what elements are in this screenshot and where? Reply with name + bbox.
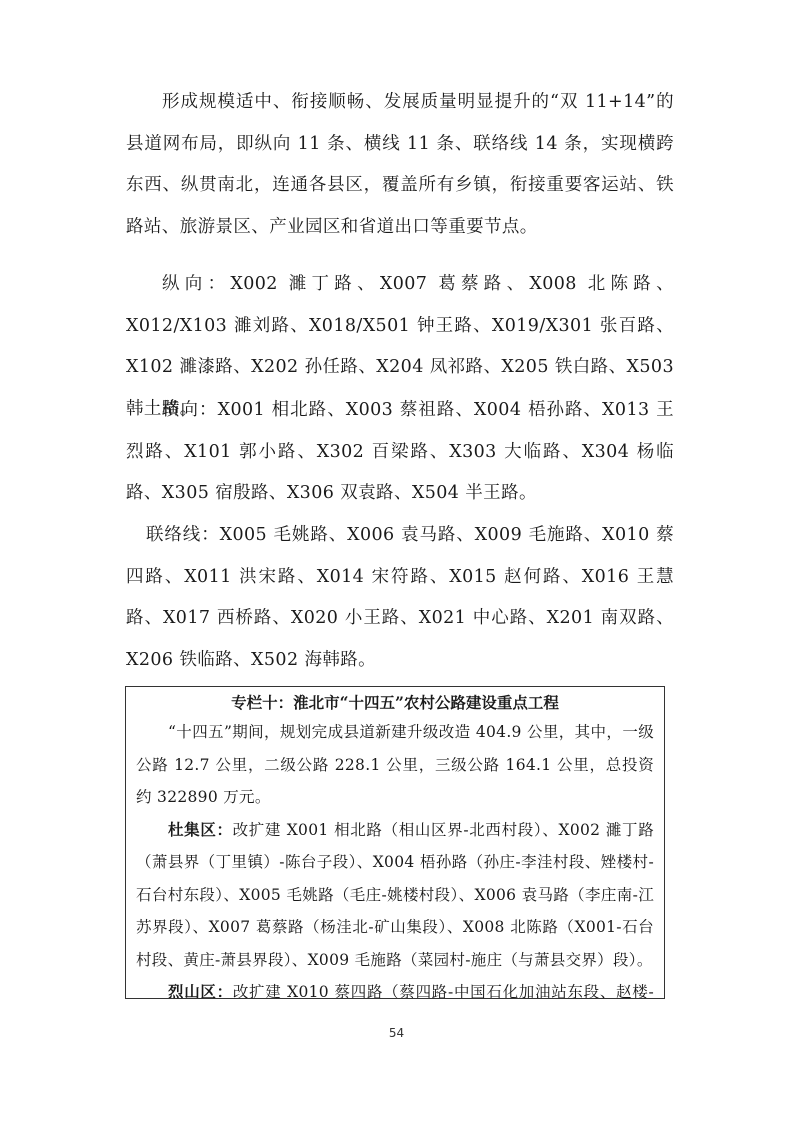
feature-box-lieshan: 烈山区：改扩建 X010 蔡四路（蔡四路-中国石化加油站东段、赵楼-赵氏 bbox=[136, 976, 654, 999]
document-page: 形成规模适中、衔接顺畅、发展质量明显提升的“双 11+14”的县道网布局，即纵向… bbox=[0, 0, 793, 1122]
feature-box-summary: “十四五”期间，规划完成县道新建升级改造 404.9 公里，其中，一级公路 12… bbox=[136, 716, 654, 814]
paragraph-network-layout: 形成规模适中、衔接顺畅、发展质量明显提升的“双 11+14”的县道网布局，即纵向… bbox=[126, 82, 674, 248]
feature-box-duji: 杜集区：改扩建 X001 相北路（相山区界-北西村段）、X002 濉丁路（萧县界… bbox=[136, 814, 654, 977]
feature-box-title: 专栏十：淮北市“十四五”农村公路建设重点工程 bbox=[136, 690, 654, 716]
page-number: 54 bbox=[0, 1026, 793, 1040]
paragraph-horizontal-roads: 横向：X001 相北路、X003 蔡祖路、X004 梧孙路、X013 王烈路、X… bbox=[126, 390, 674, 515]
district-text-duji: 改扩建 X001 相北路（相山区界-北西村段）、X002 濉丁路（萧县界（丁里镇… bbox=[136, 821, 654, 969]
district-label-lieshan: 烈山区： bbox=[168, 982, 233, 999]
feature-box: 专栏十：淮北市“十四五”农村公路建设重点工程 “十四五”期间，规划完成县道新建升… bbox=[125, 686, 665, 999]
district-label-duji: 杜集区： bbox=[168, 820, 233, 839]
paragraph-connector-roads: 联络线：X005 毛姚路、X006 袁马路、X009 毛施路、X010 蔡四路、… bbox=[126, 515, 674, 681]
